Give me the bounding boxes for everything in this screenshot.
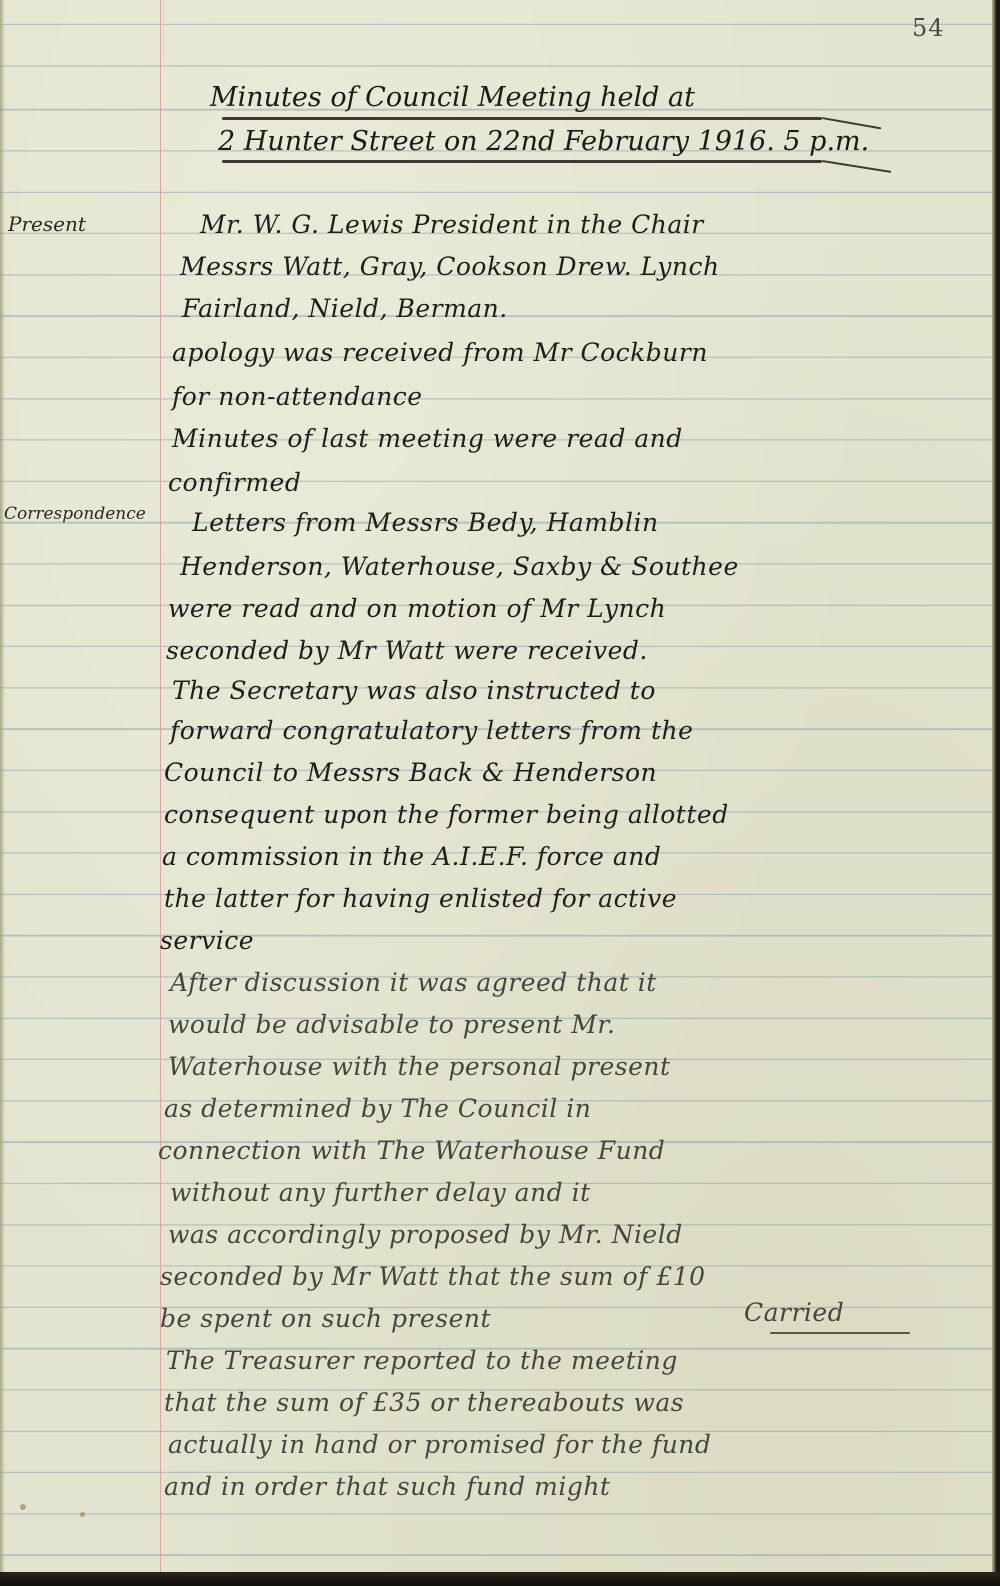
ink-stain [80,1512,85,1517]
heading-line-1: Minutes of Council Meeting held at [210,82,695,113]
minute-book-page: 54 Minutes of Council Meeting held at 2 … [0,0,996,1572]
minutes-line: The Secretary was also instructed to [172,676,656,705]
heading-underline-2 [222,160,822,163]
margin-line-faint [163,0,164,60]
heading-line-2: 2 Hunter Street on 22nd February 1916. 5… [218,126,869,157]
minutes-line: a commission in the A.I.E.F. force and [162,842,661,871]
minutes-line: apology was received from Mr Cockburn [172,338,708,367]
carried-underline [770,1332,910,1334]
minutes-line: and in order that such fund might [164,1472,610,1501]
page-binding-edge [992,0,996,1572]
heading-underline-1 [222,117,822,120]
minutes-line: service [160,926,254,955]
minutes-line: confirmed [168,468,301,497]
minutes-line: that the sum of £35 or thereabouts was [164,1388,684,1417]
margin-line [160,0,161,1572]
minutes-line: Waterhouse with the personal present [168,1052,671,1081]
margin-note-present: Present [8,212,86,236]
minutes-line: for non-attendance [172,382,423,411]
minutes-line: were read and on motion of Mr Lynch [168,594,666,623]
ink-stain [20,1504,26,1510]
minutes-line: The Treasurer reported to the meeting [166,1346,678,1375]
minutes-line: consequent upon the former being allotte… [164,800,729,829]
minutes-line: After discussion it was agreed that it [170,968,657,997]
minutes-line: Messrs Watt, Gray, Cookson Drew. Lynch [180,252,720,281]
minutes-line: forward congratulatory letters from the [170,716,693,745]
carried-note: Carried [744,1298,844,1327]
page-number: 54 [912,14,945,42]
page-left-edge [0,0,5,1572]
minutes-line: actually in hand or promised for the fun… [168,1430,711,1459]
minutes-line: was accordingly proposed by Mr. Nield [168,1220,683,1249]
minutes-line: the latter for having enlisted for activ… [164,884,677,913]
minutes-line: Mr. W. G. Lewis President in the Chair [200,210,704,239]
minutes-line: Council to Messrs Back & Henderson [164,758,657,787]
book-bottom-edge [0,1572,1000,1586]
minutes-line: Minutes of last meeting were read and [172,424,683,453]
minutes-line: connection with The Waterhouse Fund [158,1136,665,1165]
minutes-line: Fairland, Nield, Berman. [182,294,508,323]
minutes-line: seconded by Mr Watt that the sum of £10 [160,1262,706,1291]
minutes-line: as determined by The Council in [164,1094,591,1123]
minutes-line: Letters from Messrs Bedy, Hamblin [192,508,659,537]
minutes-line: Henderson, Waterhouse, Saxby & Southee [180,552,739,581]
minutes-line: seconded by Mr Watt were received. [166,636,648,665]
margin-note-correspondence: Correspondence [4,504,146,524]
minutes-line: would be advisable to present Mr. [168,1010,616,1039]
minutes-line: be spent on such present [160,1304,491,1333]
minutes-line: without any further delay and it [170,1178,591,1207]
